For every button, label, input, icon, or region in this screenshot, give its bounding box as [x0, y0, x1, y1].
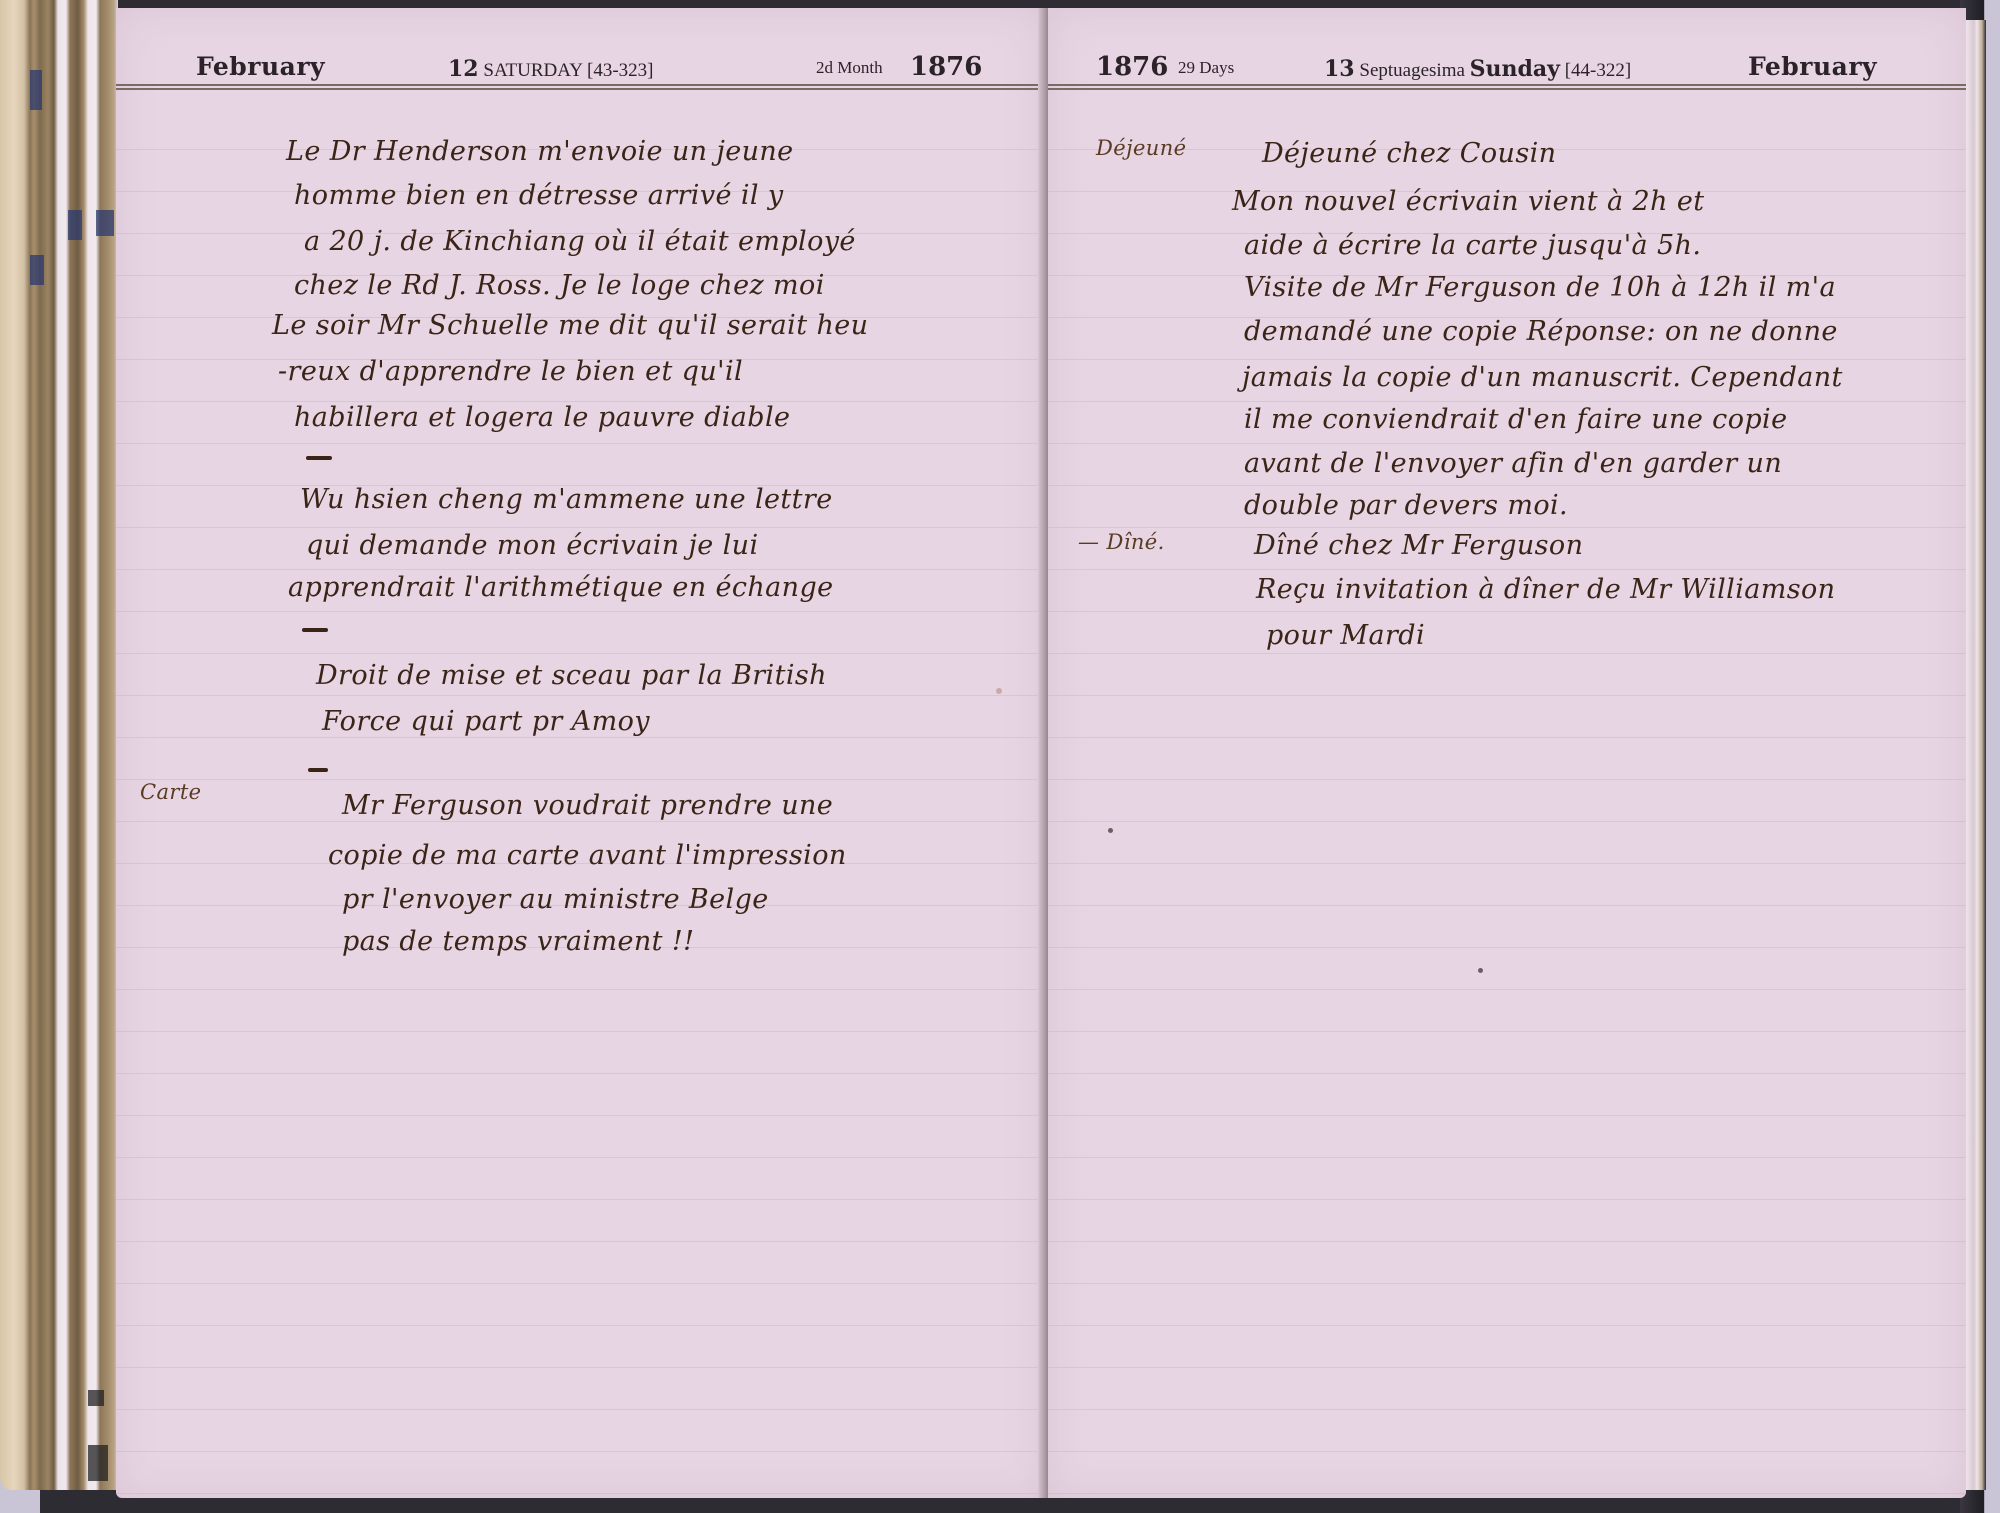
- separator-dash: [308, 768, 328, 772]
- tab-mark: [30, 70, 42, 110]
- handwritten-line: qui demande mon écrivain je lui: [306, 530, 759, 561]
- handwritten-line: Mr Ferguson voudrait prendre une: [342, 790, 833, 821]
- left-page: February 12 SATURDAY [43-323] 2d Month 1…: [116, 8, 1044, 1498]
- tab-mark: [88, 1445, 108, 1481]
- paper-spot: [1108, 828, 1113, 833]
- handwritten-line: Le soir Mr Schuelle me dit qu'il serait …: [272, 310, 868, 341]
- handwritten-line: apprendrait l'arithmétique en échange: [288, 572, 834, 603]
- handwritten-line: Déjeuné chez Cousin: [1262, 138, 1556, 169]
- paper-spot: [996, 688, 1002, 694]
- header-month: February: [1748, 52, 1877, 81]
- margin-note: Déjeuné: [1096, 136, 1186, 160]
- right-page-edges: [1966, 20, 1986, 1490]
- handwritten-line: Droit de mise et sceau par la British: [316, 660, 827, 691]
- separator-dash: [306, 456, 332, 460]
- handwritten-line: Dîné chez Mr Ferguson: [1254, 530, 1583, 561]
- header-double-rule: [116, 84, 1044, 90]
- handwritten-line: Reçu invitation à dîner de Mr Williamson: [1256, 574, 1835, 605]
- right-page: 1876 29 Days 13 Septuagesima Sunday [44-…: [1048, 8, 1966, 1498]
- separator-dash: [302, 628, 328, 632]
- handwritten-line: Force qui part pr Amoy: [322, 706, 650, 737]
- handwritten-line: pr l'envoyer au ministre Belge: [342, 884, 769, 915]
- handwritten-line: chez le Rd J. Ross. Je le loge chez moi: [294, 270, 825, 301]
- tab-mark: [30, 255, 44, 285]
- handwritten-line: aide à écrire la carte jusqu'à 5h.: [1244, 230, 1701, 261]
- header-year: 1876: [910, 52, 982, 82]
- handwritten-line: Wu hsien cheng m'ammene une lettre: [300, 484, 833, 515]
- handwritten-line: jamais la copie d'un manuscrit. Cependan…: [1242, 362, 1843, 393]
- header-weekday: SATURDAY: [483, 60, 582, 81]
- handwritten-line: pour Mardi: [1266, 620, 1425, 651]
- header-double-rule: [1048, 84, 1976, 90]
- handwritten-line: Mon nouvel écrivain vient à 2h et: [1232, 186, 1705, 217]
- handwritten-line: a 20 j. de Kinchiang où il était employé: [304, 226, 856, 257]
- handwritten-line: avant de l'envoyer afin d'en garder un: [1244, 448, 1782, 479]
- header-year: 1876: [1096, 52, 1168, 82]
- handwritten-line: copie de ma carte avant l'impression: [328, 840, 847, 871]
- handwritten-line: double par devers moi.: [1244, 490, 1568, 521]
- handwritten-line: il me conviendrait d'en faire une copie: [1244, 404, 1787, 435]
- header-month-ordinal: 2d Month: [816, 58, 883, 78]
- header-month: February: [196, 52, 325, 81]
- handwritten-line: Le Dr Henderson m'envoie un jeune: [286, 136, 794, 167]
- header-weekday: Sunday: [1470, 56, 1560, 82]
- margin-note: Carte: [140, 780, 202, 804]
- header-observance: Septuagesima: [1359, 60, 1465, 81]
- tab-mark: [88, 1390, 104, 1406]
- tab-mark: [96, 210, 114, 236]
- tab-mark: [68, 210, 82, 240]
- header-date: 13 Septuagesima Sunday [44-322]: [1324, 56, 1631, 82]
- handwritten-line: Visite de Mr Ferguson de 10h à 12h il m'…: [1244, 272, 1836, 303]
- handwritten-line: -reux d'apprendre le bien et qu'il: [278, 356, 743, 387]
- handwritten-line: homme bien en détresse arrivé il y: [294, 180, 784, 211]
- handwritten-line: habillera et logera le pauvre diable: [294, 402, 790, 433]
- header-day-range: [44-322]: [1565, 60, 1631, 81]
- header-date: 12 SATURDAY [43-323]: [448, 56, 654, 82]
- margin-note: — Dîné.: [1078, 530, 1165, 554]
- header-day-number: 12: [448, 56, 479, 82]
- page-edge-stack: [0, 0, 118, 1490]
- header-day-range: [43-323]: [587, 60, 653, 81]
- header-days-in-month: 29 Days: [1178, 58, 1234, 78]
- handwritten-line: demandé une copie Réponse: on ne donne: [1244, 316, 1838, 347]
- header-day-number: 13: [1324, 56, 1355, 82]
- handwritten-line: pas de temps vraiment !!: [342, 926, 694, 957]
- paper-spot: [1478, 968, 1483, 973]
